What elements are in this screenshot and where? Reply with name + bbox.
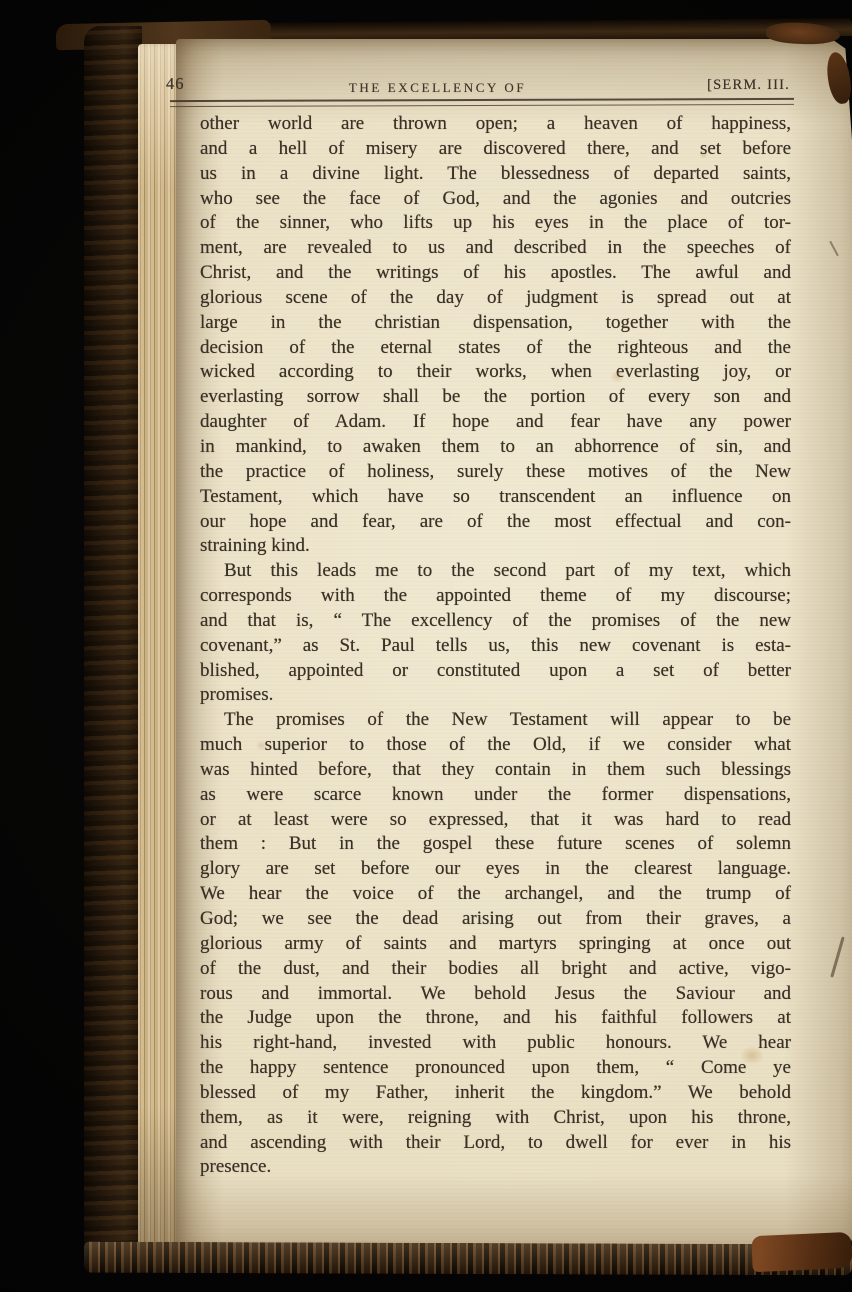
page-number: 46 xyxy=(166,74,185,94)
body-text: other world are thrown open; a heaven of… xyxy=(200,112,791,1180)
paper-stain xyxy=(256,740,267,751)
text-line: glorious army of saints and martyrs spri… xyxy=(200,932,791,957)
text-line: rous and immortal. We behold Jesus the S… xyxy=(200,982,791,1007)
paper-stain xyxy=(610,370,625,383)
text-line: decision of the eternal states of the ri… xyxy=(200,336,791,361)
text-line: corresponds with the appointed theme of … xyxy=(200,584,791,609)
scanned-book-photo: 46 THE EXCELLENCY OF [SERM. III. other w… xyxy=(0,0,852,1292)
paper-stain xyxy=(740,1046,764,1065)
text-line: who see the face of God, and the agonies… xyxy=(200,187,791,212)
text-line: promises. xyxy=(200,683,791,708)
text-line: presence. xyxy=(200,1155,791,1180)
text-line: The promises of the New Testament will a… xyxy=(200,708,791,733)
text-line: us in a divine light. The blessedness of… xyxy=(200,162,791,187)
text-line: glorious scene of the day of judgment is… xyxy=(200,286,791,311)
text-line: Testament, which have so transcendent an… xyxy=(200,485,791,510)
text-line: was hinted before, that they contain in … xyxy=(200,758,791,783)
text-line: our hope and fear, are of the most effec… xyxy=(200,510,791,535)
text-line: God; we see the dead arising out from th… xyxy=(200,907,791,932)
text-line: We hear the voice of the archangel, and … xyxy=(200,882,791,907)
text-line: daughter of Adam. If hope and fear have … xyxy=(200,410,791,435)
text-line: and that is, “ The excellency of the pro… xyxy=(200,609,791,634)
text-line: or at least were so expressed, that it w… xyxy=(200,808,791,833)
text-line: in mankind, to awaken them to an abhorre… xyxy=(200,435,791,460)
section-marker: [SERM. III. xyxy=(640,77,790,94)
text-line: wicked according to their works, when ev… xyxy=(200,360,791,385)
text-line: blessed of my Father, inherit the kingdo… xyxy=(200,1081,791,1106)
text-line: large in the christian dispensation, tog… xyxy=(200,311,791,336)
text-line: and ascending with their Lord, to dwell … xyxy=(200,1131,791,1156)
paper-stain xyxy=(699,150,708,159)
text-line: everlasting sorrow shall be the portion … xyxy=(200,385,791,410)
text-line: the happy sentence pronounced upon them,… xyxy=(200,1056,791,1081)
text-line: his right-hand, invested with public hon… xyxy=(200,1031,791,1056)
running-title: THE EXCELLENCY OF xyxy=(335,80,540,96)
text-line: covenant,” as St. Paul tells us, this ne… xyxy=(200,634,791,659)
text-line: the Judge upon the throne, and his faith… xyxy=(200,1006,791,1031)
text-line: other world are thrown open; a heaven of… xyxy=(200,112,791,137)
text-line: blished, appointed or constituted upon a… xyxy=(200,659,791,684)
text-line: as were scarce known under the former di… xyxy=(200,783,791,808)
text-line: them : But in the gospel these future sc… xyxy=(200,832,791,857)
book-bottom-corner xyxy=(751,1232,852,1272)
text-line: the practice of holiness, surely these m… xyxy=(200,460,791,485)
text-line: of the dust, and their bodies all bright… xyxy=(200,957,791,982)
text-line: But this leads me to the second part of … xyxy=(200,559,791,584)
text-line: Christ, and the writings of his apostles… xyxy=(200,261,791,286)
book-spine xyxy=(84,26,142,1258)
text-line: glory are set before our eyes in the cle… xyxy=(200,857,791,882)
text-line: of the sinner, who lifts up his eyes in … xyxy=(200,211,791,236)
text-line: straining kind. xyxy=(200,534,791,559)
book-bottom-edge xyxy=(84,1242,852,1276)
text-line: them, as it were, reigning with Christ, … xyxy=(200,1106,791,1131)
text-line: ment, are revealed to us and described i… xyxy=(200,236,791,261)
text-line: much superior to those of the Old, if we… xyxy=(200,733,791,758)
